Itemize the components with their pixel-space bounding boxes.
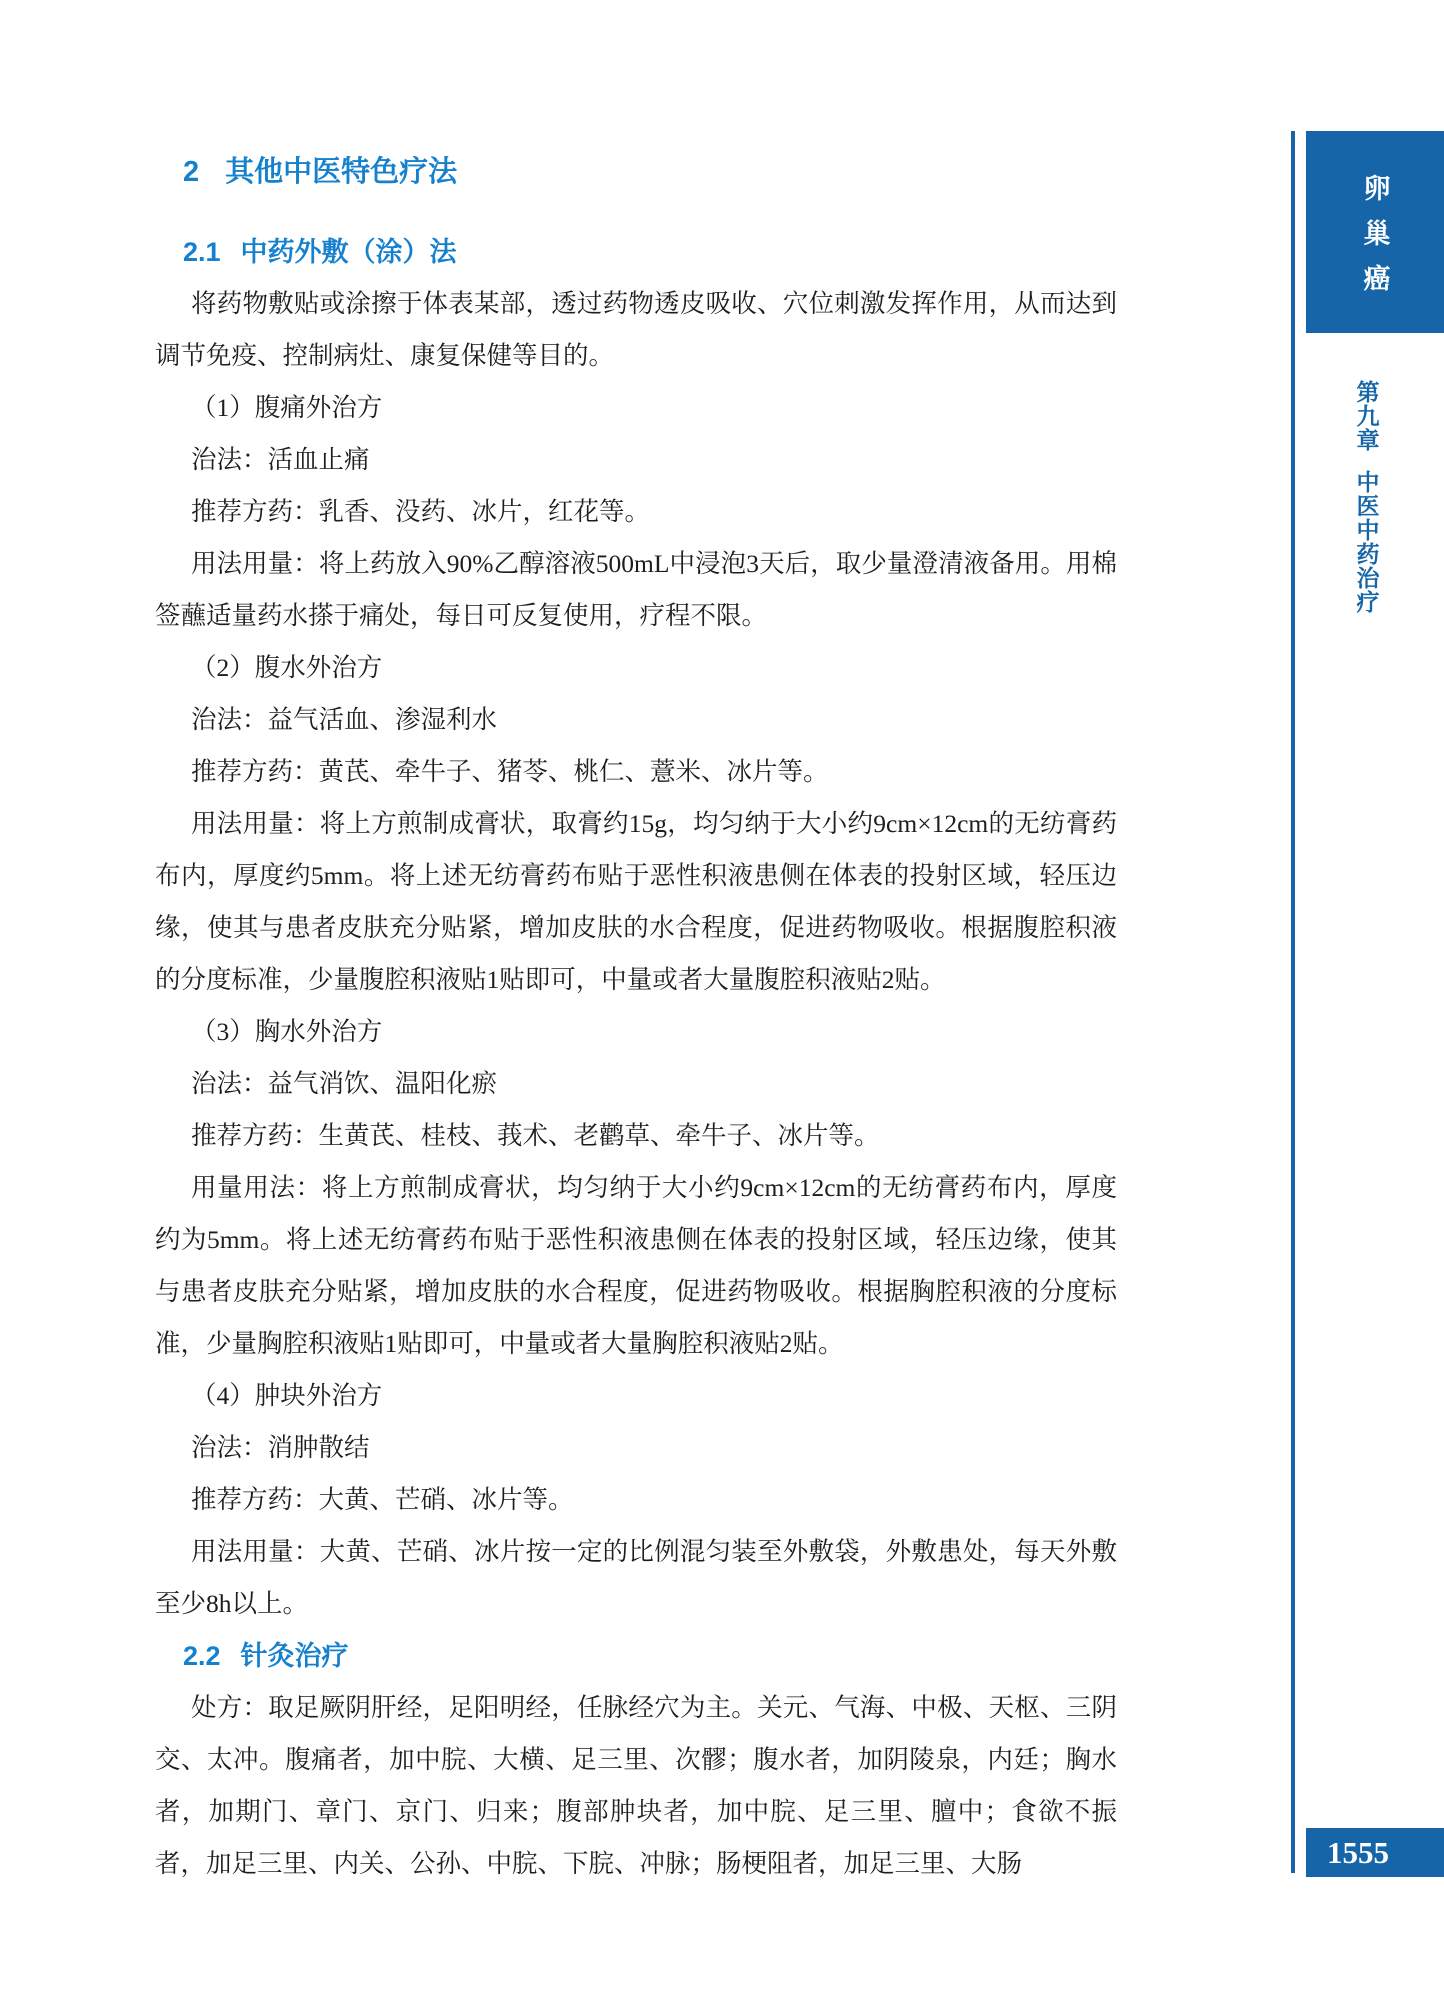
- remedy-drugs: 推荐方药：黄芪、牵牛子、猪苓、桃仁、薏米、冰片等。: [155, 746, 1117, 798]
- subsection-number-2-1: 2.1: [183, 237, 221, 267]
- remedy-method: 治法：益气活血、渗湿利水: [155, 694, 1117, 746]
- remedy-heading: （3）胸水外治方: [155, 1006, 1117, 1058]
- document-page: 2其他中医特色疗法 2.1中药外敷（涂）法 将药物敷贴或涂擦于体表某部，透过药物…: [0, 0, 1444, 2010]
- section-heading: 2其他中医特色疗法: [155, 146, 1117, 198]
- subsection-title-2-2: 针灸治疗: [241, 1641, 349, 1671]
- remedy-heading: （1）腹痛外治方: [155, 382, 1117, 434]
- subsection-number-2-2: 2.2: [183, 1641, 221, 1671]
- remedy-usage: 用量用法：将上方煎制成膏状，均匀纳于大小约9cm×12cm的无纺膏药布内，厚度约…: [155, 1162, 1117, 1370]
- sidebar-divider-line: [1291, 131, 1295, 1873]
- sidebar-tab-label: 卵巢癌: [1356, 174, 1395, 309]
- acupuncture-prescription-paragraph: 处方：取足厥阴肝经，足阳明经，任脉经穴为主。关元、气海、中极、天枢、三阴交、太冲…: [155, 1682, 1117, 1890]
- remedy-drugs: 推荐方药：乳香、没药、冰片，红花等。: [155, 486, 1117, 538]
- remedy-item-1: （1）腹痛外治方 治法：活血止痛 推荐方药：乳香、没药、冰片，红花等。 用法用量…: [155, 382, 1117, 642]
- remedy-item-2: （2）腹水外治方 治法：益气活血、渗湿利水 推荐方药：黄芪、牵牛子、猪苓、桃仁、…: [155, 642, 1117, 1006]
- remedy-drugs: 推荐方药：生黄芪、桂枝、莪术、老鹳草、牵牛子、冰片等。: [155, 1110, 1117, 1162]
- page-number-badge: 1555: [1306, 1828, 1444, 1877]
- page-number: 1555: [1327, 1835, 1389, 1871]
- remedy-usage: 用法用量：将上药放入90%乙醇溶液500mL中浸泡3天后，取少量澄清液备用。用棉…: [155, 538, 1117, 642]
- remedy-usage: 用法用量：大黄、芒硝、冰片按一定的比例混匀装至外敷袋，外敷患处，每天外敷至少8h…: [155, 1526, 1117, 1630]
- intro-paragraph: 将药物敷贴或涂擦于体表某部，透过药物透皮吸收、穴位刺激发挥作用，从而达到调节免疫…: [155, 278, 1117, 382]
- sidebar-tab-ovarian-cancer: 卵巢癌: [1306, 131, 1444, 333]
- remedy-heading: （4）肿块外治方: [155, 1370, 1117, 1422]
- sidebar-chapter-label: 第九章 中医中药治疗: [1306, 380, 1426, 614]
- remedy-method: 治法：益气消饮、温阳化瘀: [155, 1058, 1117, 1110]
- sidebar-chapter-number: 第九章: [1350, 380, 1383, 452]
- remedy-method: 治法：活血止痛: [155, 434, 1117, 486]
- section-title: 其他中医特色疗法: [225, 156, 457, 188]
- main-text-column: 2其他中医特色疗法 2.1中药外敷（涂）法 将药物敷贴或涂擦于体表某部，透过药物…: [155, 146, 1117, 1890]
- remedy-item-3: （3）胸水外治方 治法：益气消饮、温阳化瘀 推荐方药：生黄芪、桂枝、莪术、老鹳草…: [155, 1006, 1117, 1370]
- subsection-heading-2-1: 2.1中药外敷（涂）法: [155, 226, 1117, 278]
- remedy-method: 治法：消肿散结: [155, 1422, 1117, 1474]
- section-number: 2: [183, 156, 199, 188]
- remedy-drugs: 推荐方药：大黄、芒硝、冰片等。: [155, 1474, 1117, 1526]
- sidebar-chapter-title: 中医中药治疗: [1350, 470, 1383, 614]
- subsection-title-2-1: 中药外敷（涂）法: [241, 237, 457, 267]
- remedy-item-4: （4）肿块外治方 治法：消肿散结 推荐方药：大黄、芒硝、冰片等。 用法用量：大黄…: [155, 1370, 1117, 1630]
- remedy-heading: （2）腹水外治方: [155, 642, 1117, 694]
- remedy-usage: 用法用量：将上方煎制成膏状，取膏约15g，均匀纳于大小约9cm×12cm的无纺膏…: [155, 798, 1117, 1006]
- subsection-heading-2-2: 2.2针灸治疗: [155, 1630, 1117, 1682]
